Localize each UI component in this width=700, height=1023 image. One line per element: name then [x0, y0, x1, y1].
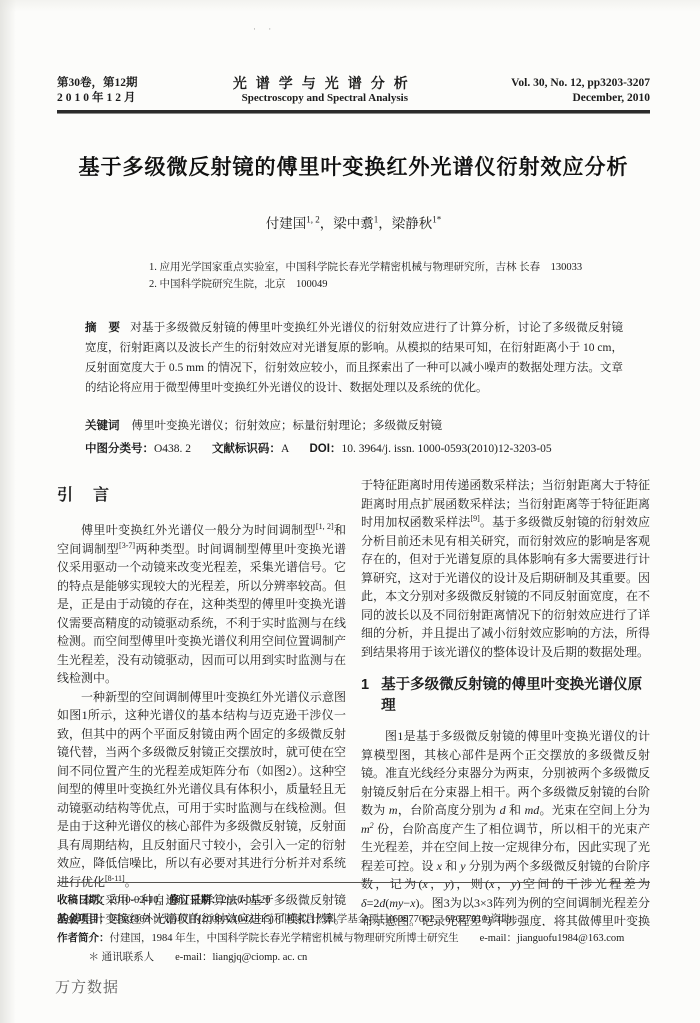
scan-edge-left [0, 0, 16, 1023]
journal-title-en: Spectroscopy and Spectral Analysis [233, 91, 417, 106]
journal-title-cn: 光谱学与光谱分析 [233, 76, 417, 91]
footnotes: 收稿日期：2010-02-10，修订日期：2010-05-20 基金项目：国家(… [57, 882, 650, 967]
issue-date-en: December, 2010 [511, 91, 650, 106]
doi-value: 10. 3964/j. issn. 1000-0593(2010)12-3203… [341, 443, 551, 455]
body-columns: 引 言 傅里叶变换红外光谱仪一般分为时间调制型[1, 2]和空间调制型[3-7]… [57, 476, 650, 926]
doi-label: DOI： [309, 443, 341, 455]
left-column: 引 言 傅里叶变换红外光谱仪一般分为时间调制型[1, 2]和空间调制型[3-7]… [57, 476, 346, 926]
journal-vol-info: Vol. 30, No. 12, pp3203-3207 December, 2… [511, 76, 650, 105]
footnote-rule [57, 882, 650, 883]
intro-paragraph-1: 傅里叶变换红外光谱仪一般分为时间调制型[1, 2]和空间调制型[3-7]两种类型… [57, 521, 346, 688]
intro-paragraph-3-continued: 于特征距离时用传递函数采样法；当衍射距离大于特征距离时用点扩展函数采样法；当衍射… [361, 476, 650, 661]
vol-pages: Vol. 30, No. 12, pp3203-3207 [511, 76, 650, 91]
intro-heading: 引 言 [57, 482, 346, 505]
paper-page: · · 第30卷，第12期 2010年12月 光谱学与光谱分析 Spectros… [0, 0, 700, 1023]
keywords-text: 傅里叶变换光谱仪；衍射效应；标量衍射理论；多级微反射镜 [132, 420, 443, 432]
wanfang-watermark: 万方数据 [55, 976, 119, 997]
author-line: 付建国1, 2，梁中翥1，梁静秋1* [57, 212, 650, 232]
doc-code: A [281, 443, 289, 455]
paper-title: 基于多级微反射镜的傅里叶变换红外光谱仪衍射效应分析 [57, 151, 650, 181]
keywords-label: 关键词 [85, 420, 120, 432]
section-1-heading: 1 基于多级微反射镜的傅里叶变换光谱仪原理 [361, 675, 650, 717]
abstract-label: 摘 要 [85, 322, 120, 334]
keywords: 关键词傅里叶变换光谱仪；衍射效应；标量衍射理论；多级微反射镜 [57, 417, 650, 433]
section-number: 1 [361, 675, 369, 717]
section-title: 基于多级微反射镜的傅里叶变换光谱仪原理 [381, 675, 650, 717]
page-content: 第30卷，第12期 2010年12月 光谱学与光谱分析 Spectroscopy… [57, 0, 650, 926]
abstract-text: 对基于多级微反射镜的傅里叶变换红外光谱仪的衍射效应进行了计算分析，讨论了多级微反… [85, 322, 623, 394]
journal-header: 第30卷，第12期 2010年12月 光谱学与光谱分析 Spectroscopy… [57, 0, 650, 105]
abstract: 摘 要对基于多级微反射镜的傅里叶变换红外光谱仪的衍射效应进行了计算分析，讨论了多… [57, 318, 650, 398]
corresponding-author-line: ＊ 通讯联系人 e-mail：liangjq@ciomp. ac. cn [57, 948, 650, 967]
funding-line: 基金项目：国家(863 计划)项目(2009AA04Z315)和国家自然科学基金… [57, 910, 650, 929]
clc-number: O438. 2 [154, 443, 191, 455]
author-bio-line: 作者简介：付建国，1984 年生，中国科学院长春光学精密机械与物理研究所博士研究… [57, 929, 650, 948]
affiliation-1: 1. 应用光学国家重点实验室，中国科学院长春光学精密机械与物理研究所，吉林 长春… [149, 259, 650, 276]
received-date-line: 收稿日期：2010-02-10，修订日期：2010-05-20 [57, 891, 650, 910]
doc-code-label: 文献标识码： [212, 443, 281, 455]
journal-issue-info: 第30卷，第12期 2010年12月 [57, 76, 139, 105]
affiliation-2: 2. 中国科学院研究生院，北京 100049 [149, 276, 650, 293]
header-rule [57, 110, 650, 114]
affiliations: 1. 应用光学国家重点实验室，中国科学院长春光学精密机械与物理研究所，吉林 长春… [57, 259, 650, 293]
classification-line: 中图分类号：O438. 2 文献标识码：A DOI：10. 3964/j. is… [57, 440, 650, 456]
intro-paragraph-2: 一种新型的空间调制傅里叶变换红外光谱仪示意图如图1所示，这种光谱仪的基本结构与迈… [57, 688, 346, 892]
right-column: 于特征距离时用传递函数采样法；当衍射距离大于特征距离时用点扩展函数采样法；当衍射… [361, 476, 650, 926]
volume-issue: 第30卷，第12期 [57, 76, 139, 91]
clc-label: 中图分类号： [85, 443, 154, 455]
issue-date-cn: 2010年12月 [57, 91, 139, 106]
journal-title-block: 光谱学与光谱分析 Spectroscopy and Spectral Analy… [233, 76, 417, 105]
